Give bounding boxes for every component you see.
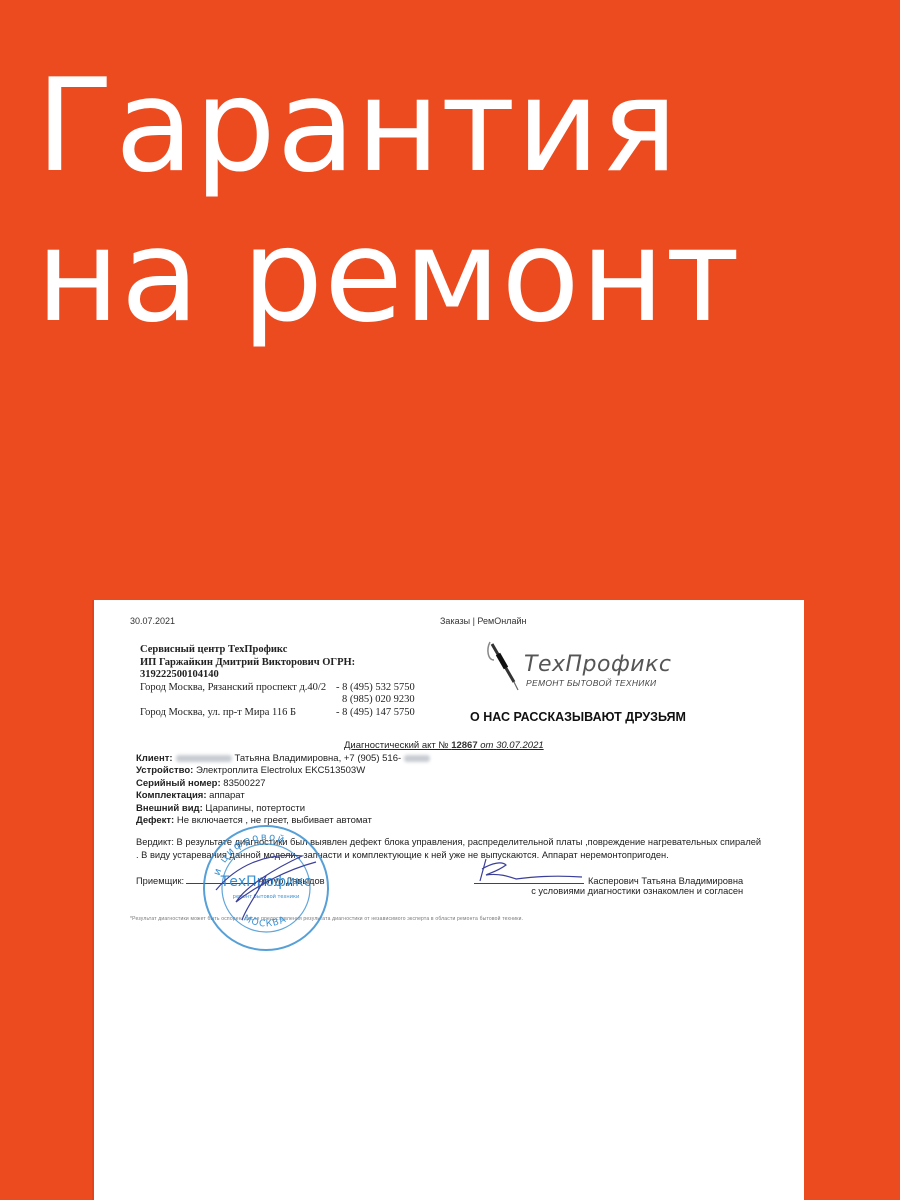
print-source: Заказы | РемОнлайн	[440, 616, 526, 626]
logo-tagline: РЕМОНТ БЫТОВОЙ ТЕХНИКИ	[526, 678, 656, 688]
field-kit: Комплектация: аппарат	[136, 790, 433, 802]
redacted-phone	[404, 755, 430, 762]
act-date-prefix: от	[480, 740, 493, 751]
address-row: 8 (985) 020 9230	[140, 694, 462, 707]
phone: - 8 (495) 532 5750	[336, 682, 456, 695]
field-label: Устройство:	[136, 765, 193, 776]
act-number: 12867	[451, 740, 477, 751]
soldering-iron-icon	[484, 638, 528, 694]
act-title: Диагностический акт № 12867 от 30.07.202…	[344, 740, 544, 751]
diagnostic-act-document: 30.07.2021 Заказы | РемОнлайн Сервисный …	[94, 600, 804, 1200]
client-name: Касперович Татьяна Владимировна	[588, 876, 743, 886]
logo-name: ТехПрофикс	[524, 652, 671, 677]
headline-line-1: Гарантия	[36, 52, 741, 202]
field-label: Дефект:	[136, 815, 174, 826]
org-owner: ИП Гаржайкин Дмитрий Викторович ОГРН:	[140, 657, 462, 670]
field-serial: Серийный номер: 83500227	[136, 778, 433, 790]
field-value: Электроплита Electrolux EKC513503W	[196, 765, 365, 776]
field-label: Клиент:	[136, 753, 173, 764]
address-row: Город Москва, ул. пр-т Мира 116 Б - 8 (4…	[140, 707, 462, 720]
address: Город Москва, Рязанский проспект д.40/2	[140, 682, 336, 695]
address	[140, 694, 336, 707]
field-label: Комплектация:	[136, 790, 207, 801]
slogan: О НАС РАССКАЗЫВАЮТ ДРУЗЬЯМ	[470, 710, 686, 724]
organization-block: Сервисный центр ТехПрофикс ИП Гаржайкин …	[140, 644, 462, 719]
act-date: 30.07.2021	[496, 740, 544, 751]
redacted-surname	[176, 755, 232, 762]
field-value: аппарат	[209, 790, 245, 801]
print-date: 30.07.2021	[130, 616, 175, 626]
company-logo: ТехПрофикс РЕМОНТ БЫТОВОЙ ТЕХНИКИ	[484, 638, 724, 694]
field-client: Клиент:Татьяна Владимировна, +7 (905) 51…	[136, 753, 433, 765]
headline-line-2: на ремонт	[36, 202, 741, 352]
receiver-label: Приемщик:	[136, 876, 184, 886]
act-label: Диагностический акт №	[344, 740, 449, 751]
field-label: Внешний вид:	[136, 803, 203, 814]
act-fields: Клиент:Татьяна Владимировна, +7 (905) 51…	[136, 753, 433, 827]
phone: - 8 (495) 147 5750	[336, 707, 456, 720]
field-device: Устройство: Электроплита Electrolux EKC5…	[136, 765, 433, 777]
org-name: Сервисный центр ТехПрофикс	[140, 644, 462, 657]
client-signature-scribble-icon	[472, 855, 592, 889]
address-row: Город Москва, Рязанский проспект д.40/2 …	[140, 682, 462, 695]
headline: Гарантия на ремонт	[36, 52, 741, 352]
field-value: Царапины, потертости	[205, 803, 305, 814]
org-ogrn: 319222500104140	[140, 669, 462, 682]
field-label: Серийный номер:	[136, 778, 221, 789]
field-value: 83500227	[223, 778, 265, 789]
phone: 8 (985) 020 9230	[336, 694, 462, 707]
address: Город Москва, ул. пр-т Мира 116 Б	[140, 707, 336, 720]
field-value: Татьяна Владимировна, +7 (905) 516-	[235, 753, 402, 764]
field-appearance: Внешний вид: Царапины, потертости	[136, 803, 433, 815]
receiver-signature-scribble-icon	[206, 846, 326, 926]
